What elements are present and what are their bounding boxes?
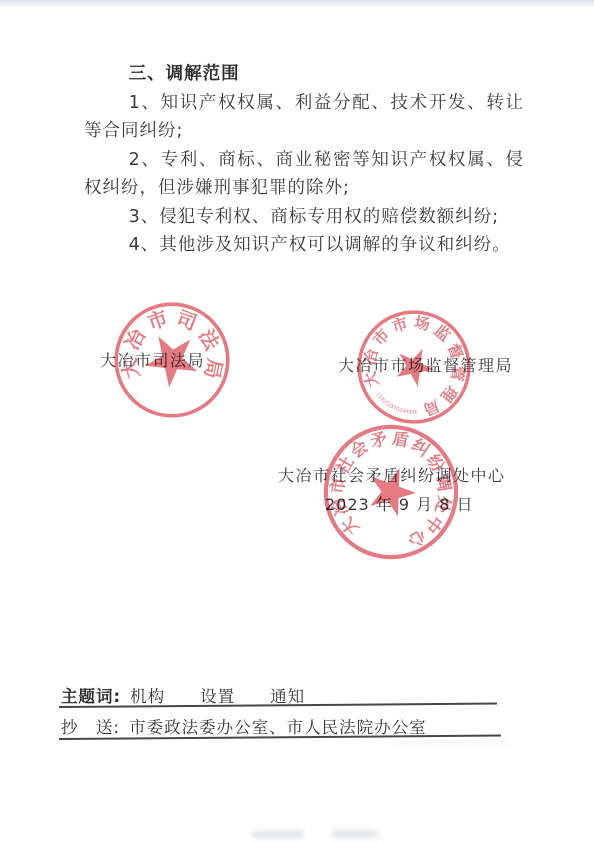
copy-label: 抄 送:	[61, 718, 120, 737]
scan-artifact-smudge	[332, 830, 378, 838]
list-item-2: 2、专利、商标、商业秘密等知识产权权属、侵权纠纷，但涉嫌刑事犯罪的除外;	[84, 146, 524, 203]
svg-text:大冶市社会矛盾纠纷调处中心: 大冶市社会矛盾纠纷调处中心	[318, 418, 465, 557]
signer-market-bureau-name: 大冶市市场监督管理局	[338, 353, 513, 376]
scan-artifact-smudge	[252, 831, 304, 838]
svg-text:11420281024445E: 11420281024445E	[372, 391, 420, 422]
section-heading: 三、调解范围	[84, 60, 524, 89]
copy-to-row: 抄 送:市委政法委办公室、市人民法院办公室	[61, 714, 427, 738]
list-item-1: 1、知识产权权属、利益分配、技术开发、转让等合同纠纷;	[84, 89, 524, 146]
document-body: 三、调解范围 1、知识产权权属、利益分配、技术开发、转让等合同纠纷; 2、专利、…	[84, 60, 524, 260]
list-item-4: 4、其他涉及知识产权可以调解的争议和纠纷。	[84, 231, 524, 260]
copy-recipients: 市委政法委办公室、市人民法院办公室	[129, 718, 427, 737]
scanned-document: { "page": { "background": "#ffffff", "in…	[0, 0, 594, 842]
subject-label: 主题词:	[61, 687, 121, 706]
scan-artifact-smudge	[390, 741, 510, 745]
document-date: 2023 年 9 月 8 日	[325, 492, 474, 515]
subject-terms: 机构 设置 通知	[130, 687, 305, 706]
scan-artifact-top-edge	[0, 0, 594, 8]
list-item-3: 3、侵犯专利权、商标专用权的赔偿数额纠纷;	[84, 203, 524, 232]
signer-justice-bureau-name: 大冶市司法局	[100, 348, 205, 371]
signer-mediation-center-name: 大冶市社会矛盾纠纷调处中心	[278, 463, 506, 486]
